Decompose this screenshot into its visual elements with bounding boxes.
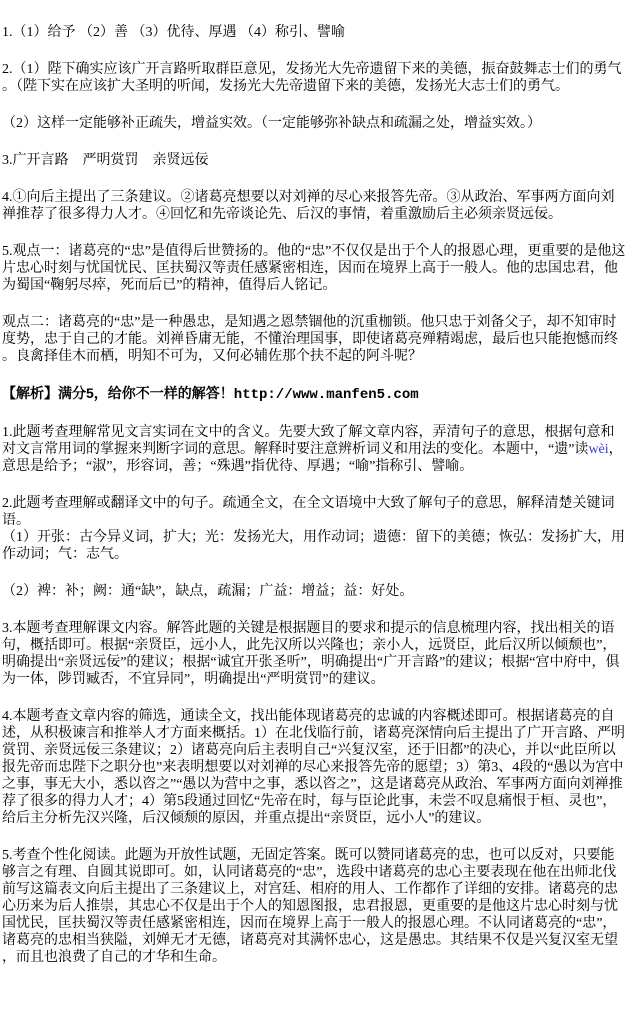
answer-5-viewpoint-2: 观点二：诸葛亮的“忠”是一种愚忠，是知遇之恩禁锢他的沉重枷锁。他只忠于刘备父子，… [2,314,628,365]
answer-3: 3.广开言路 严明赏罚 亲贤远佞 [2,152,628,169]
analysis-1-text: 1.此题考查理解常见文言实词在文中的含义。先要大致了解文章内容，弄清句子的意思，… [2,425,615,457]
answer-sheet: 1.（1）给予 （2）善 （3）优待、厚遇 （4）称引、譬喻 2.（1）陛下确实… [0,0,630,966]
answer-2-part1: 2.（1）陛下确实应该广开言路听取群臣意见，发扬光大先帝遗留下来的美德，振奋鼓舞… [2,61,628,95]
analysis-header-label: 【解析】满分5，给你不一样的解答！ [2,385,234,401]
answer-1: 1.（1）给予 （2）善 （3）优待、厚遇 （4）称引、譬喻 [2,24,628,41]
manfen-url-text: http://www.manfen5.com [234,387,419,403]
pinyin-annotation: wèi [588,442,608,457]
analysis-item-2-intro: 2.此题考查理解或翻译文中的句子。疏通全文，在全文语境中大致了解句子的意思，解释… [2,495,628,529]
analysis-item-5: 5.考查个性化阅读。此题为开放性试题，无固定答案。既可以赞同诸葛亮的忠，也可以反… [2,847,628,966]
analysis-item-1: 1.此题考查理解常见文言实词在文中的含义。先要大致了解文章内容，弄清句子的意思，… [2,424,628,475]
analysis-item-2-sub2: （2）裨：补；阙：通“缺”，缺点，疏漏；广益：增益；益：好处。 [2,583,628,600]
analysis-item-2-sub1: （1）开张：古今异义词，扩大；光：发扬光大，用作动词；遗德：留下的美德；恢弘：发… [2,529,628,563]
answer-5-viewpoint-1: 5.观点一：诸葛亮的“忠”是值得后世赞扬的。他的“忠”不仅仅是出于个人的报恩心理… [2,243,628,294]
answer-4: 4.①向后主提出了三条建议。②诸葛亮想要以对刘禅的尽心来报答先帝。③从政治、军事… [2,189,628,223]
analysis-item-3: 3.本题考查理解课文内容。解答此题的关键是根据题目的要求和提示的信息梳理内容，找… [2,620,628,688]
analysis-header: 【解析】满分5，给你不一样的解答！http://www.manfen5.com [2,385,628,404]
answer-2-part2: （2）这样一定能够补正疏失，增益实效。（一定能够弥补缺点和疏漏之处，增益实效。） [2,115,628,132]
analysis-item-4: 4.本题考查文章内容的筛选，通读全文，找出能体现诸葛亮的忠诚的内容概述即可。根据… [2,708,628,827]
